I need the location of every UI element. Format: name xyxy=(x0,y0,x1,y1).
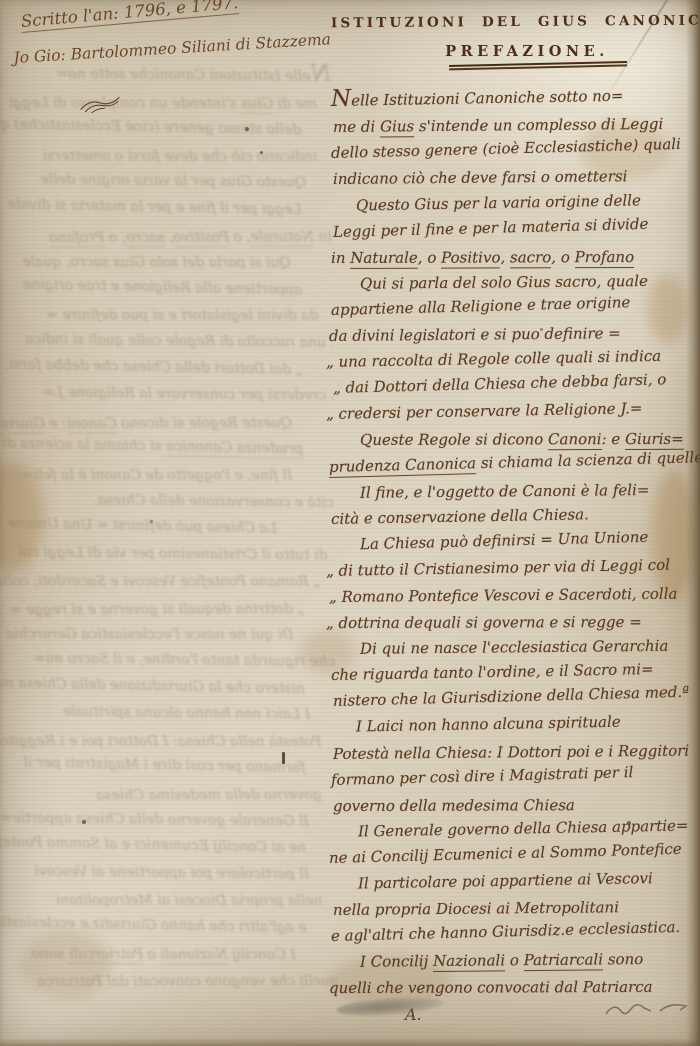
manuscript-line: nistero che la Giurisdizione della Chies… xyxy=(0,670,305,703)
underlined-text: prudenza Canonica xyxy=(329,454,477,477)
manuscript-line: „ di tutto il Cristianesimo per via di L… xyxy=(326,551,695,584)
text-segment: , xyxy=(500,248,510,266)
text-segment: si chiama la scienza di quelle xyxy=(0,435,166,455)
manuscript-line: nella propria Diocesi ai Metropolitani xyxy=(0,887,323,914)
manuscript-line: Qui si parla del solo Gius sacro, quale xyxy=(0,249,318,276)
manuscript-text: Nelle Istituzioni Canoniche sotto no=me … xyxy=(331,86,695,1001)
ink-speck xyxy=(82,820,86,824)
text-segment: si chiama la scienza di quelle xyxy=(476,448,700,472)
manuscript-line: dello stesso genere (cioè Ecclesiastiche… xyxy=(0,111,301,144)
underlined-text: sacro xyxy=(510,248,551,268)
text-segment: o xyxy=(143,946,160,962)
annotation-date: Scritto l'an: 1796, e 1797. xyxy=(20,0,239,33)
underlined-text: Gius xyxy=(241,95,273,113)
text-segment: in xyxy=(331,249,350,267)
manuscript-line: Il Generale governo della Chiesa apparti… xyxy=(0,804,336,835)
text-segment: , o xyxy=(551,248,574,266)
text-segment: sono xyxy=(603,950,643,968)
manuscript-line: ne ai Concilij Ecumenici e al Sommo Pont… xyxy=(0,829,306,862)
ink-speck xyxy=(260,151,263,154)
manuscript-line: Di qui ne nasce l'ecclesiastica Gerarchi… xyxy=(0,621,321,648)
underlined-text: Patriarcali xyxy=(524,951,604,971)
text-segment: , o xyxy=(104,229,126,245)
underlined-text: Profano xyxy=(575,248,635,268)
manuscript-line: Il particolare poi appartiene ai Vescovi xyxy=(331,864,695,897)
underlined-text: prudenza Canonica xyxy=(166,439,304,459)
text-segment: I Concilij xyxy=(360,952,433,971)
manuscript-line: Questo Gius per la varia origine delle xyxy=(0,166,334,197)
manuscript-line: „ Romano Pontefice Vescovi e Sacerdoti, … xyxy=(329,580,695,610)
section-heading: PREFAZIONE. xyxy=(331,43,695,60)
underlined-text: sacro xyxy=(126,229,165,247)
stain xyxy=(0,462,44,572)
manuscript-line: „ credersi per conservare la Religione J… xyxy=(0,379,337,410)
annotation-owner: Jo Gio: Bartolommeo Siliani di Stazzema xyxy=(13,30,331,67)
manuscript-line: „ Romano Pontefice Vescovi e Sacerdoti, … xyxy=(0,568,320,595)
underlined-text: Naturale xyxy=(251,228,314,246)
underlined-text: Naturale xyxy=(350,248,418,268)
underlined-text: Positivo xyxy=(441,248,500,268)
manuscript-line: „ di tutto il Cristianesimo per via di L… xyxy=(0,538,337,569)
text-segment: o xyxy=(505,951,524,969)
text-segment: : e xyxy=(45,415,67,431)
text-segment: , o xyxy=(229,229,251,245)
manuscript-line: „ credersi per conservare la Religione J… xyxy=(326,395,695,428)
underlined-text: Nazionali xyxy=(433,952,505,972)
text-segment: , o xyxy=(418,248,441,266)
manuscript-line: Leggi per il fine e per la materia si di… xyxy=(0,191,302,224)
manuscript-line: governo della medesima Chiesa xyxy=(0,782,322,810)
pen-squiggle-mark xyxy=(604,996,690,1024)
manuscript-line: Potestà nella Chiesa: I Dottori poi e i … xyxy=(0,728,321,755)
text-segment: sono xyxy=(31,946,69,962)
manuscript-line: „ una raccolta di Regole colle quali si … xyxy=(0,326,337,357)
manuscript-line: „ dottrina dequali si governa e si regge… xyxy=(0,596,304,624)
text-segment: me di xyxy=(273,95,317,111)
page-edge xyxy=(0,1038,700,1046)
text-segment: , xyxy=(165,229,174,245)
heading-underline xyxy=(449,61,627,67)
show-through-layer: Nelle Istituzioni Canoniche sotto no=me … xyxy=(0,61,337,1035)
manuscript-line: indicano ciò che deve farsi o omettersi xyxy=(0,143,317,170)
manuscript-line: prudenza Canonica si chiama la scienza d… xyxy=(0,430,304,463)
manuscript-line: cità e conservazione della Chiesa. xyxy=(0,485,334,516)
underlined-text: Positivo xyxy=(174,229,229,247)
underlined-text: Patriarcali xyxy=(69,946,143,964)
underlined-text: Profano xyxy=(49,229,105,247)
main-text-column: ISTITUZIONI DEL GIUS CANONICO PREFAZIONE… xyxy=(331,0,695,1024)
manuscript-line: da divini legislatori e si puo definire … xyxy=(0,302,318,329)
manuscript-line: I Concilij Nazionali o Patriarcali sono xyxy=(333,946,695,976)
manuscript-line: Queste Regole si dicono Canoni: e Giuris… xyxy=(0,410,319,438)
manuscript-line: Nelle Istituzioni Canoniche sotto no= xyxy=(331,80,695,115)
owner-annotation: Scritto l'an: 1796, e 1797. Jo Gio: Bart… xyxy=(14,12,344,67)
manuscript-line: I Concilij Nazionali o Patriarcali sono xyxy=(0,941,323,968)
manuscript-line: che riguarda tanto l'ordine, e il Sacro … xyxy=(0,645,335,676)
ink-speck xyxy=(245,127,249,131)
manuscript-line: Il fine, e l'oggetto de Canoni è la feli… xyxy=(0,462,320,489)
underlined-text: Nazionali xyxy=(160,946,227,964)
stain xyxy=(20,930,110,1000)
manuscript-line: I Laici non hanno alcuna spirituale xyxy=(0,698,337,729)
ink-speck xyxy=(150,520,153,523)
manuscript-line: appartiene alla Religione e trae origine xyxy=(0,271,302,304)
text-segment: in xyxy=(314,228,332,244)
text-segment: me di xyxy=(333,118,380,136)
manuscript-line: „ dai Dottori della Chiesa che debba far… xyxy=(0,350,303,383)
underlined-text: Giuris= xyxy=(0,416,45,434)
manuscript-line: formano per così dire i Magistrati per i… xyxy=(0,749,306,782)
text-segment: Queste Regole si dicono xyxy=(117,415,293,432)
text-segment: s'intende un complesso di Leggi xyxy=(9,95,242,112)
text-segment: I Concilij xyxy=(228,946,296,962)
underlined-text: Gius xyxy=(380,118,414,138)
page-title: ISTITUZIONI DEL GIUS CANONICO xyxy=(331,13,695,32)
manuscript-line: in Naturale, o Positivo, sacro, o Profan… xyxy=(0,223,332,251)
flourish-icon xyxy=(75,91,123,115)
manuscript-line: in Naturale, o Positivo, sacro, o Profan… xyxy=(331,243,695,270)
manuscript-page: Nelle Istituzioni Canoniche sotto no=me … xyxy=(0,0,700,1046)
manuscript-line: e agl'altri che hanno Giurisdiz.e eccles… xyxy=(0,909,307,942)
ink-mark xyxy=(282,752,285,764)
manuscript-line: quelli che vengono convocati dal Patriar… xyxy=(0,968,337,996)
underlined-text: Canoni xyxy=(67,415,117,433)
manuscript-line: I Laici non hanno alcuna spirituale xyxy=(329,708,695,741)
text-segment: Queste Regole si dicono xyxy=(360,431,548,450)
manuscript-line: Il particolare poi appartiene ai Vescovi xyxy=(0,858,336,889)
manuscript-line: me di Gius s'intende un complesso di Leg… xyxy=(0,90,317,117)
manuscript-line: La Chiesa può definirsi = Una Unione xyxy=(0,510,304,543)
